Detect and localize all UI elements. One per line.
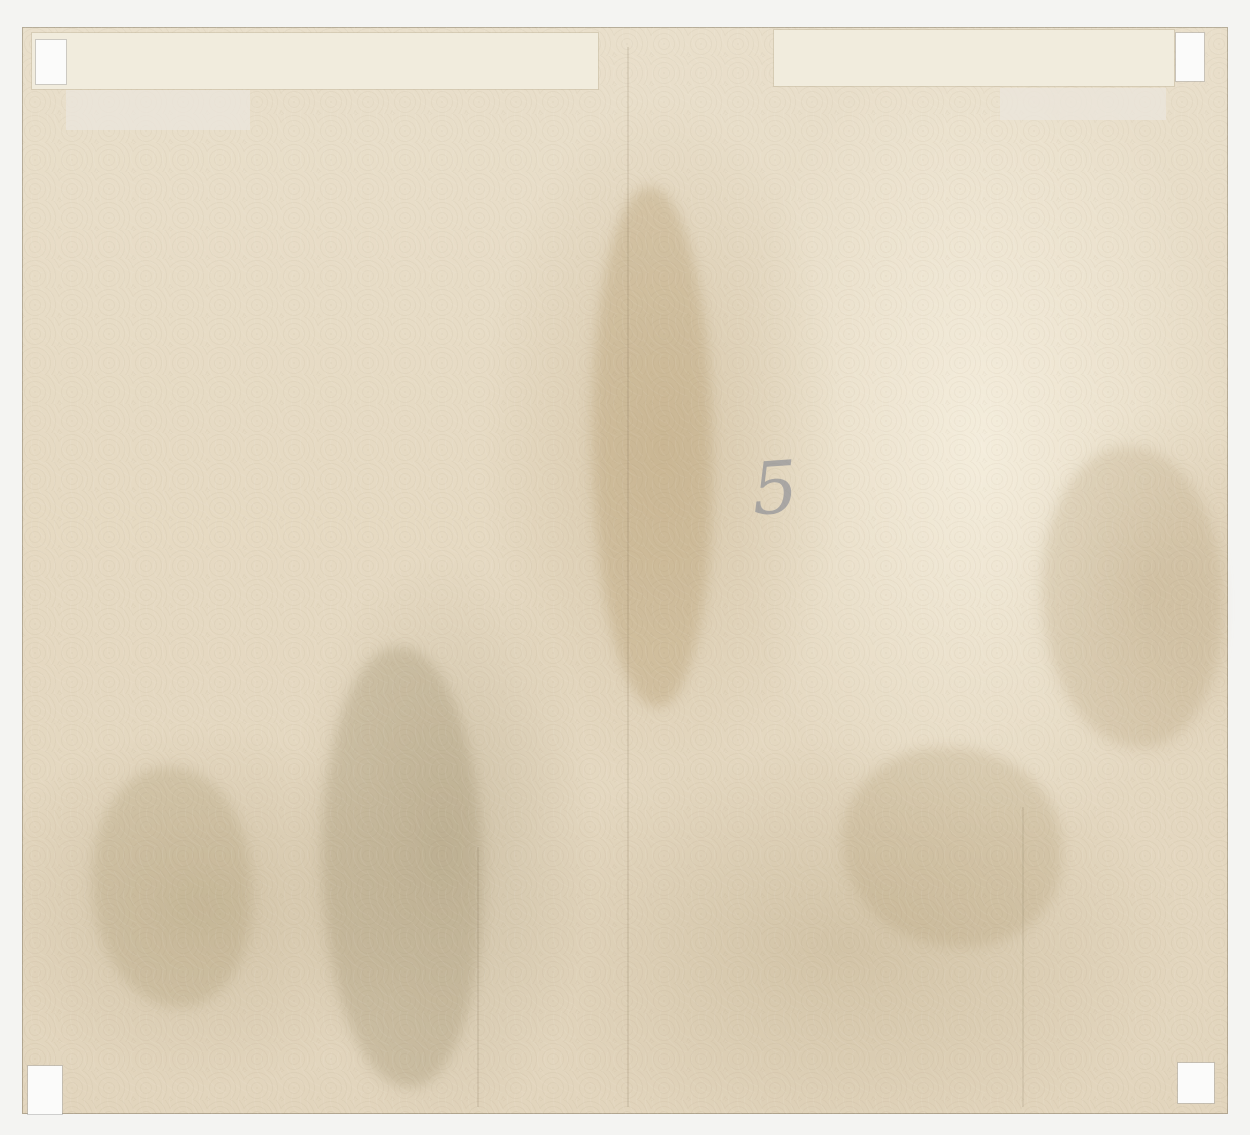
tape-strip-top-right [774, 30, 1174, 86]
water-stain [1042, 447, 1222, 747]
tape-strip-top-left [32, 33, 598, 89]
water-stain [592, 187, 712, 707]
water-stain [92, 767, 252, 1007]
pencil-annotation: 5 [750, 450, 801, 525]
tape-residue-top-left [66, 90, 250, 130]
crease [477, 847, 479, 1107]
tape-residue-top-right [1000, 88, 1166, 120]
crease [627, 47, 629, 1107]
corner-tab-top-left [36, 40, 66, 84]
corner-tab-bottom-left [28, 1066, 62, 1114]
paper-sheet [22, 27, 1228, 1114]
corner-tab-top-right [1176, 33, 1204, 81]
crease [1022, 807, 1024, 1107]
water-stain [842, 747, 1062, 947]
corner-tab-bottom-right [1178, 1063, 1214, 1103]
water-stain [322, 647, 482, 1087]
